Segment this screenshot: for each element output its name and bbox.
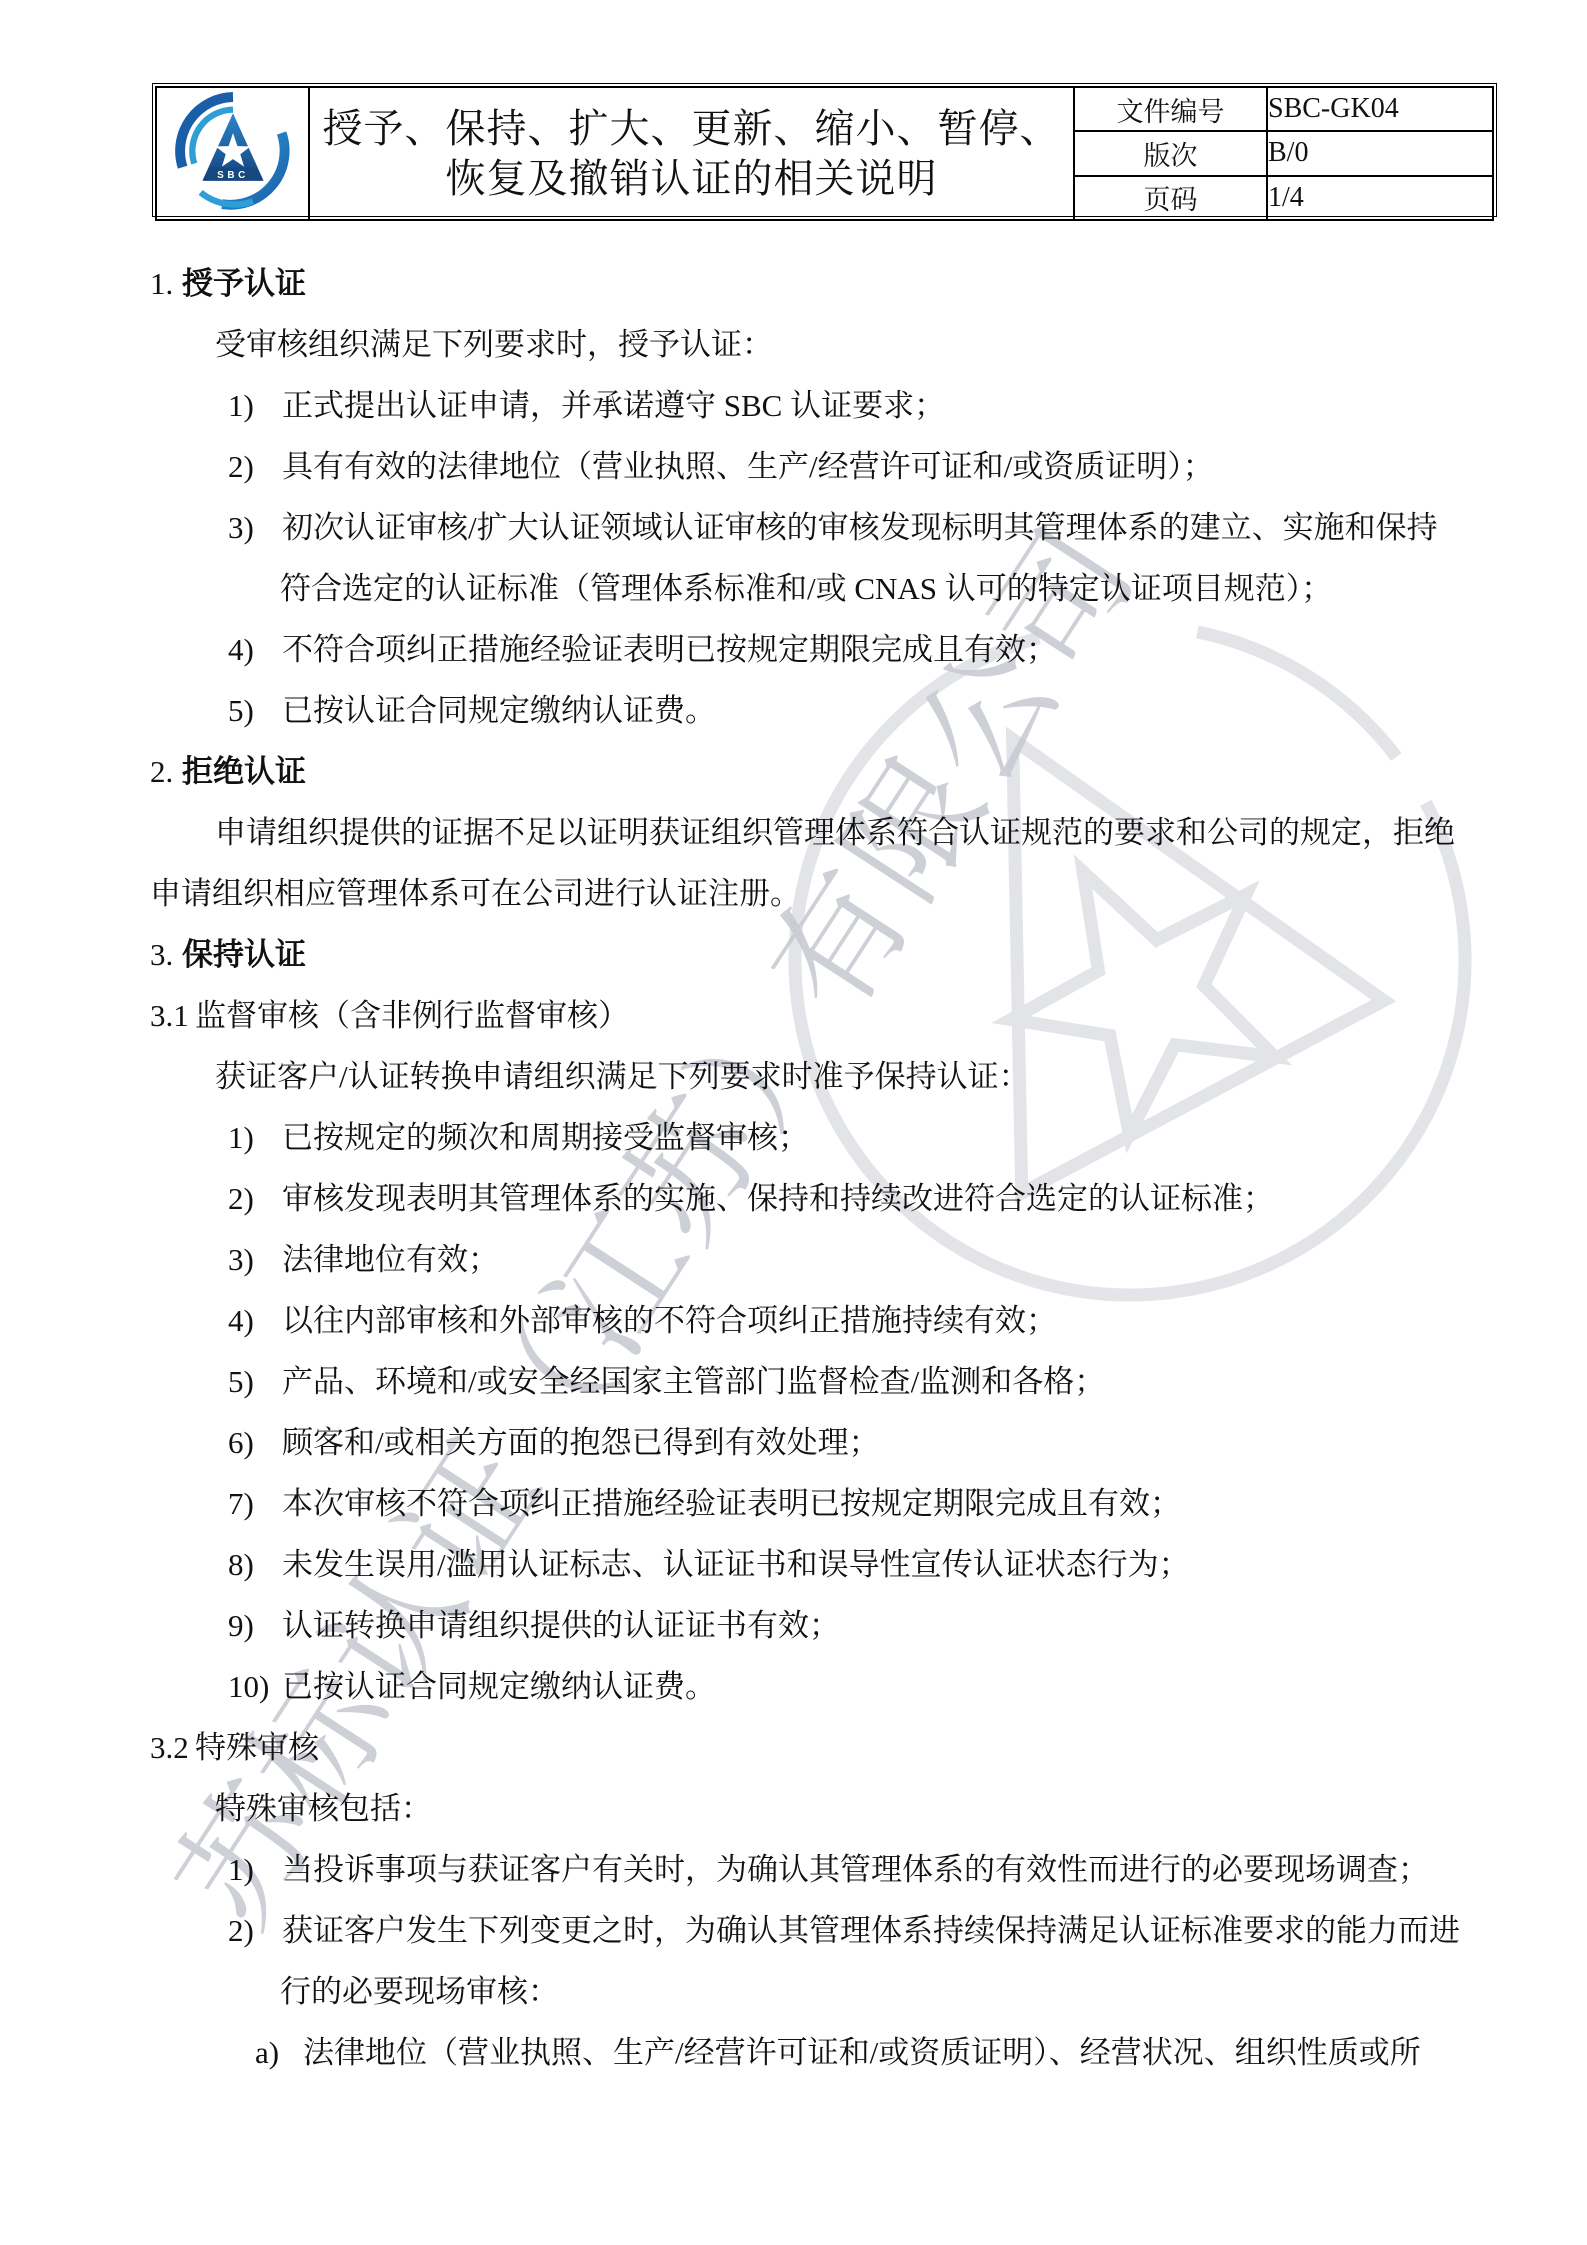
item-number: 3.2	[150, 1717, 195, 1778]
sbc-logo-icon: SBC	[170, 88, 296, 214]
line-text: 未发生误用/滥用认证标志、认证证书和误导性宣传认证状态行为；	[282, 1534, 1190, 1595]
line-text: 已按规定的频次和周期接受监督审核；	[282, 1107, 809, 1168]
line-text: 受审核组织满足下列要求时，授予认证：	[215, 314, 773, 375]
document-page: 苏标认证（江苏）有限公司	[0, 0, 1587, 2245]
line-text: 法律地位（营业执照、生产/经营许可证和/或资质证明）、经营状况、组织性质或所	[303, 2022, 1421, 2083]
item-number: 1)	[228, 1107, 282, 1168]
list-item: 3)法律地位有效；	[150, 1229, 1480, 1290]
item-number: 2)	[228, 436, 282, 497]
list-item: 4)不符合项纠正措施经验证表明已按规定期限完成且有效；	[150, 619, 1480, 680]
item-number: 10)	[228, 1656, 282, 1717]
item-number: 6)	[228, 1412, 282, 1473]
paragraph-line: 申请组织相应管理体系可在公司进行认证注册。	[150, 863, 1480, 924]
line-text: 审核发现表明其管理体系的实施、保持和持续改进符合选定的认证标准；	[282, 1168, 1274, 1229]
line-text: 不符合项纠正措施经验证表明已按规定期限完成且有效；	[282, 619, 1057, 680]
item-number: 1.	[150, 253, 182, 314]
item-number: 8)	[228, 1534, 282, 1595]
line-text: 拒绝认证	[182, 741, 306, 802]
line-text: 特殊审核	[195, 1717, 319, 1778]
header-table: SBC 授予、保持、扩大、更新、缩小、暂停、 恢复及撤销认证的相关说明 文件编号…	[152, 83, 1497, 217]
line-text: 本次审核不符合项纠正措施经验证表明已按规定期限完成且有效；	[282, 1473, 1181, 1534]
line-text: 已按认证合同规定缴纳认证费。	[282, 1656, 716, 1717]
item-number: 5)	[228, 1351, 282, 1412]
list-item: 2)审核发现表明其管理体系的实施、保持和持续改进符合选定的认证标准；	[150, 1168, 1480, 1229]
line-text: 正式提出认证申请，并承诺遵守 SBC 认证要求；	[282, 375, 945, 436]
item-number: 1)	[228, 375, 282, 436]
line-text: 初次认证审核/扩大认证领域认证审核的审核发现标明其管理体系的建立、实施和保持	[282, 497, 1438, 558]
list-item: 2)获证客户发生下列变更之时，为确认其管理体系持续保持满足认证标准要求的能力而进	[150, 1900, 1480, 1961]
list-item: 7)本次审核不符合项纠正措施经验证表明已按规定期限完成且有效；	[150, 1473, 1480, 1534]
item-number: 3)	[228, 1229, 282, 1290]
line-text: 认证转换申请组织提供的认证证书有效；	[282, 1595, 840, 1656]
line-text: 申请组织提供的证据不足以证明获证组织管理体系符合认证规范的要求和公司的规定，拒绝	[215, 802, 1455, 863]
item-number: 3.	[150, 924, 182, 985]
list-item: 5)产品、环境和/或安全经国家主管部门监督检查/监测和各格；	[150, 1351, 1480, 1412]
list-item: 9)认证转换申请组织提供的认证证书有效；	[150, 1595, 1480, 1656]
list-item: 8)未发生误用/滥用认证标志、认证证书和误导性宣传认证状态行为；	[150, 1534, 1480, 1595]
list-item: a)法律地位（营业执照、生产/经营许可证和/或资质证明）、经营状况、组织性质或所	[150, 2022, 1480, 2083]
line-text: 特殊审核包括：	[215, 1778, 432, 1839]
line-text: 法律地位有效；	[282, 1229, 499, 1290]
paragraph-line: 受审核组织满足下列要求时，授予认证：	[150, 314, 1480, 375]
item-number: 2)	[228, 1900, 282, 1961]
section-heading: 2.拒绝认证	[150, 741, 1480, 802]
item-number: 1)	[228, 1839, 282, 1900]
meta-value-page: 1/4	[1267, 176, 1493, 220]
list-item: 3)初次认证审核/扩大认证领域认证审核的审核发现标明其管理体系的建立、实施和保持	[150, 497, 1480, 558]
meta-label-page: 页码	[1074, 176, 1267, 220]
line-text: 符合选定的认证标准（管理体系标准和/或 CNAS 认可的特定认证项目规范）；	[280, 558, 1332, 619]
meta-label-doc-number: 文件编号	[1074, 87, 1267, 131]
section-heading: 3.保持认证	[150, 924, 1480, 985]
line-text: 授予认证	[182, 253, 306, 314]
item-number: 9)	[228, 1595, 282, 1656]
list-item: 1)已按规定的频次和周期接受监督审核；	[150, 1107, 1480, 1168]
line-text: 以往内部审核和外部审核的不符合项纠正措施持续有效；	[282, 1290, 1057, 1351]
list-item: 1)当投诉事项与获证客户有关时，为确认其管理体系的有效性而进行的必要现场调查；	[150, 1839, 1480, 1900]
list-item: 10)已按认证合同规定缴纳认证费。	[150, 1656, 1480, 1717]
item-number: 4)	[228, 619, 282, 680]
line-text: 监督审核（含非例行监督审核）	[195, 985, 629, 1046]
meta-value-doc-number: SBC-GK04	[1267, 87, 1493, 131]
document-title: 授予、保持、扩大、更新、缩小、暂停、 恢复及撤销认证的相关说明	[309, 87, 1074, 220]
item-number: 7)	[228, 1473, 282, 1534]
paragraph-line: 获证客户/认证转换申请组织满足下列要求时准予保持认证：	[150, 1046, 1480, 1107]
subsection-heading: 3.2特殊审核	[150, 1717, 1480, 1778]
section-heading: 1.授予认证	[150, 253, 1480, 314]
paragraph-line: 特殊审核包括：	[150, 1778, 1480, 1839]
list-item: 2)具有有效的法律地位（营业执照、生产/经营许可证和/或资质证明）；	[150, 436, 1480, 497]
line-text: 产品、环境和/或安全经国家主管部门监督检查/监测和各格；	[282, 1351, 1105, 1412]
line-text: 保持认证	[182, 924, 306, 985]
list-item: 5)已按认证合同规定缴纳认证费。	[150, 680, 1480, 741]
paragraph-line: 行的必要现场审核：	[150, 1961, 1480, 2022]
logo-sbc-text: SBC	[217, 170, 249, 181]
item-number: 4)	[228, 1290, 282, 1351]
item-number: a)	[255, 2022, 303, 2083]
logo-cell: SBC	[156, 87, 309, 220]
list-item: 4)以往内部审核和外部审核的不符合项纠正措施持续有效；	[150, 1290, 1480, 1351]
item-number: 3)	[228, 497, 282, 558]
paragraph-line: 符合选定的认证标准（管理体系标准和/或 CNAS 认可的特定认证项目规范）；	[150, 558, 1480, 619]
meta-label-revision: 版次	[1074, 131, 1267, 175]
subsection-heading: 3.1监督审核（含非例行监督审核）	[150, 985, 1480, 1046]
item-number: 2.	[150, 741, 182, 802]
meta-value-revision: B/0	[1267, 131, 1493, 175]
document-body: 1.授予认证受审核组织满足下列要求时，授予认证：1)正式提出认证申请，并承诺遵守…	[150, 253, 1480, 2083]
paragraph-line: 申请组织提供的证据不足以证明获证组织管理体系符合认证规范的要求和公司的规定，拒绝	[150, 802, 1480, 863]
line-text: 申请组织相应管理体系可在公司进行认证注册。	[150, 863, 801, 924]
list-item: 1)正式提出认证申请，并承诺遵守 SBC 认证要求；	[150, 375, 1480, 436]
item-number: 3.1	[150, 985, 195, 1046]
title-line-1: 授予、保持、扩大、更新、缩小、暂停、	[310, 104, 1073, 154]
line-text: 行的必要现场审核：	[280, 1961, 559, 2022]
line-text: 获证客户发生下列变更之时，为确认其管理体系持续保持满足认证标准要求的能力而进	[282, 1900, 1460, 1961]
line-text: 当投诉事项与获证客户有关时，为确认其管理体系的有效性而进行的必要现场调查；	[282, 1839, 1429, 1900]
line-text: 具有有效的法律地位（营业执照、生产/经营许可证和/或资质证明）；	[282, 436, 1214, 497]
list-item: 6)顾客和/或相关方面的抱怨已得到有效处理；	[150, 1412, 1480, 1473]
item-number: 2)	[228, 1168, 282, 1229]
item-number: 5)	[228, 680, 282, 741]
line-text: 顾客和/或相关方面的抱怨已得到有效处理；	[282, 1412, 880, 1473]
title-line-2: 恢复及撤销认证的相关说明	[310, 154, 1073, 204]
line-text: 获证客户/认证转换申请组织满足下列要求时准予保持认证：	[215, 1046, 1030, 1107]
line-text: 已按认证合同规定缴纳认证费。	[282, 680, 716, 741]
